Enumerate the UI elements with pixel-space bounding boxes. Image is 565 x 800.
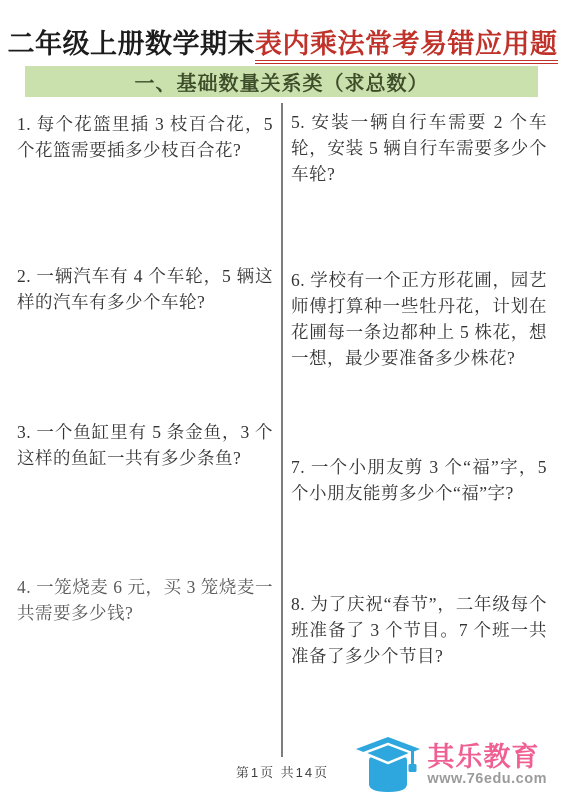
problem-3: 3. 一个鱼缸里有 5 条金鱼，3 个这样的鱼缸一共有多少条鱼? [17, 419, 273, 471]
page-title-red-underlined: 表内乘法常考易错应用题 [255, 29, 558, 64]
problem-2: 2. 一辆汽车有 4 个车轮，5 辆这样的汽车有多少个车轮? [17, 263, 273, 315]
logo-website-url: www.76edu.com [427, 771, 547, 788]
problem-1: 1. 每个花篮里插 3 枝百合花，5 个花篮需要插多少枝百合花? [17, 111, 273, 163]
section-header-label: 一、基础数量关系类（求总数） [135, 67, 429, 96]
logo-text-block: 其乐教育 www.76edu.com [427, 743, 547, 788]
problem-7: 7. 一个小朋友剪 3 个“福”字，5 个小朋友能剪多少个“福”字? [291, 454, 547, 506]
logo-brand-name: 其乐教育 [427, 743, 539, 771]
problem-4: 4. 一笼烧麦 6 元，买 3 笼烧麦一共需要多少钱? [17, 574, 273, 626]
graduation-cap-icon [355, 736, 421, 794]
column-divider [281, 103, 283, 757]
problem-5: 5. 安装一辆自行车需要 2 个车轮，安装 5 辆自行车需要多少个车轮? [291, 109, 547, 187]
problem-8: 8. 为了庆祝“春节”，二年级每个班准备了 3 个节目。7 个班一共准备了多少个… [291, 591, 547, 669]
worksheet-page: 二年级上册数学期末表内乘法常考易错应用题 一、基础数量关系类（求总数） 1. 每… [0, 0, 565, 800]
page-title: 二年级上册数学期末表内乘法常考易错应用题 [0, 22, 565, 61]
page-title-black: 二年级上册数学期末 [8, 29, 256, 59]
problem-6: 6. 学校有一个正方形花圃，园艺师傅打算种一些牡丹花，计划在花圃每一条边都种上 … [291, 267, 547, 371]
section-header-banner: 一、基础数量关系类（求总数） [25, 66, 538, 97]
right-column: 5. 安装一辆自行车需要 2 个车轮，安装 5 辆自行车需要多少个车轮? 6. … [291, 103, 547, 760]
left-column: 1. 每个花篮里插 3 枝百合花，5 个花篮需要插多少枝百合花? 2. 一辆汽车… [17, 103, 273, 760]
publisher-logo: 其乐教育 www.76edu.com [355, 736, 547, 794]
problems-area: 1. 每个花篮里插 3 枝百合花，5 个花篮需要插多少枝百合花? 2. 一辆汽车… [0, 103, 565, 760]
